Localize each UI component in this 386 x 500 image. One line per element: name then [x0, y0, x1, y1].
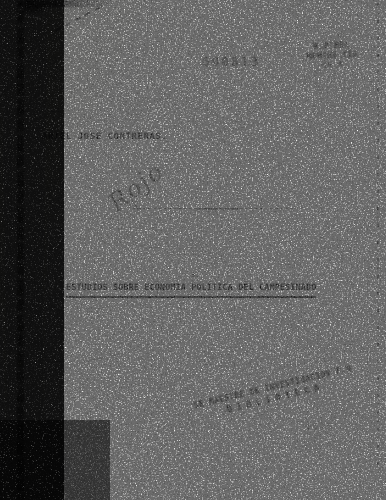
scratch-line [60, 350, 138, 368]
top-corner-blob [24, 0, 42, 12]
accession-number-stamp: 690813 [202, 55, 260, 70]
top-right-stamp: 13 R.P'MEL MEMIGV.CIA CH.M [293, 31, 371, 71]
left-edge-artifact [17, 0, 24, 500]
title-superscript-mark: 3. [191, 271, 199, 279]
document-title: ESTUDIOS SOBRE ECONOMIA POLITICA DEL CAM… [66, 283, 316, 298]
author-line: ARIEL JOSE CONTRERAS. [42, 132, 167, 142]
right-edge-perforation [377, 3, 379, 479]
library-stamp: SE MAESTRE DE INVESTIGACION F.N BIBLIOTE… [192, 363, 357, 423]
corner-dash-marks [55, 7, 100, 32]
year-stamp: 1976 [305, 422, 334, 433]
scanned-title-page: 690813 13 R.P'MEL MEMIGV.CIA CH.M ARIEL … [0, 0, 386, 500]
faded-typed-line-dark [196, 208, 238, 210]
left-edge-haze [8, 0, 42, 500]
